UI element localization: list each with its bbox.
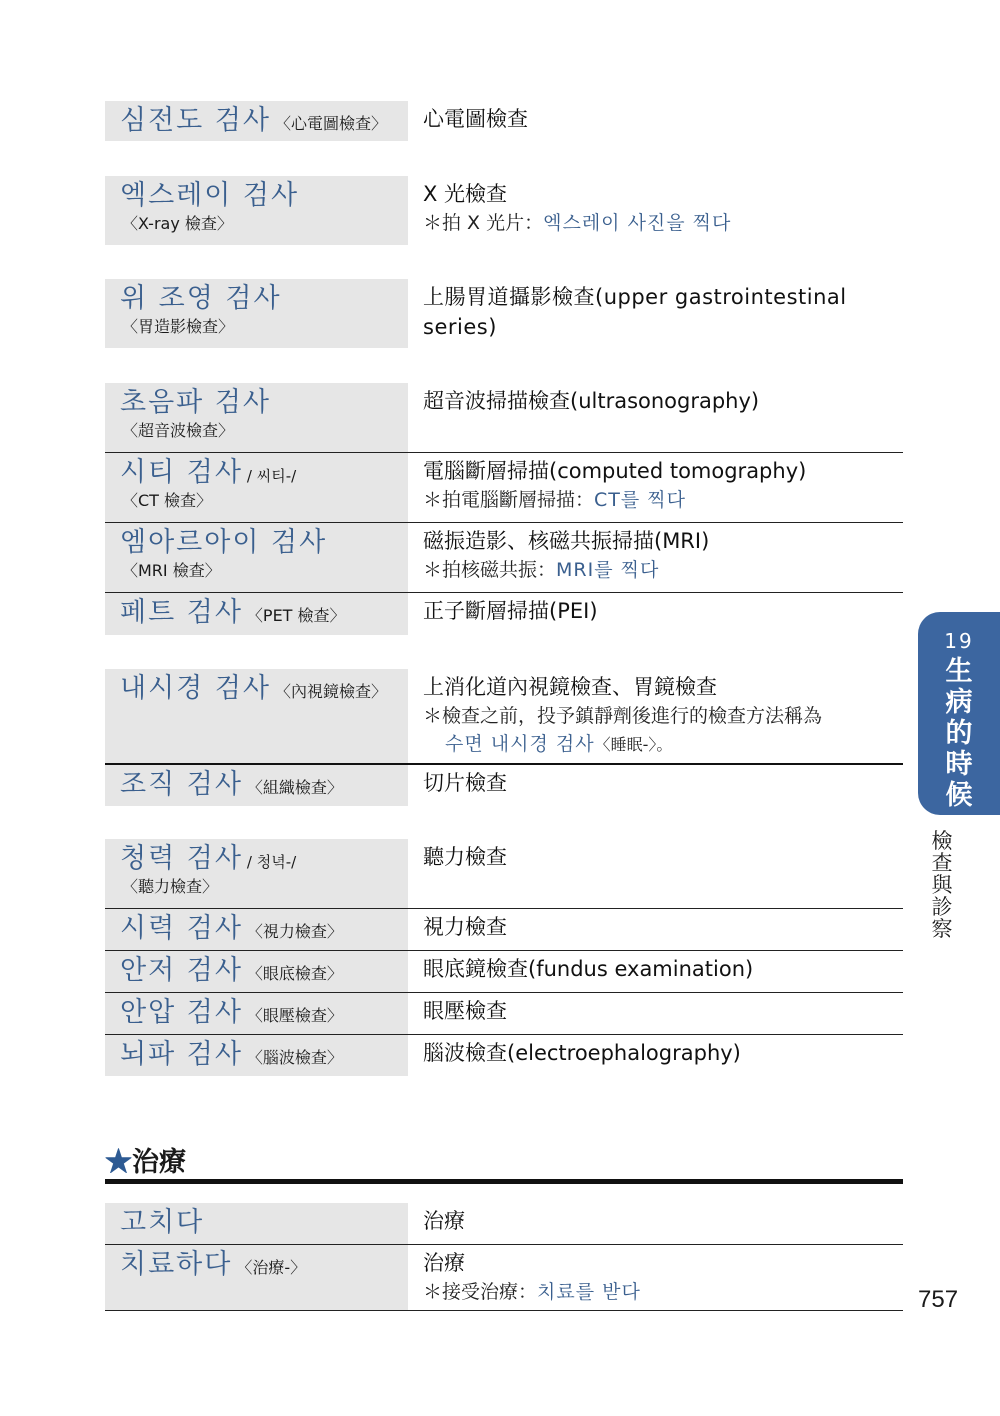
usage-note: ＊接受治療：치료를 받다 [423, 1278, 903, 1306]
note-korean: CT를 찍다 [594, 489, 686, 511]
korean-term: 엠아르아이 검사 [120, 527, 327, 558]
korean-term: 안압 검사 [120, 997, 243, 1028]
korean-term: 조직 검사 [120, 769, 243, 800]
hanja-gloss: 〈腦波檢查〉 [247, 1048, 343, 1067]
definition-cell: 視力檢查 [408, 909, 903, 950]
definition: 眼底鏡檢查(fundus examination) [423, 954, 903, 984]
definition-cell: 上消化道內視鏡檢查、胃鏡檢查 ＊檢查之前，投予鎮靜劑後進行的檢查方法稱為 수면 … [408, 669, 903, 763]
definition: 治療 [423, 1248, 903, 1278]
note-korean: 수면 내시경 검사 [445, 733, 595, 755]
hanja-gloss: 〈超音波檢查〉 [120, 420, 408, 442]
korean-term: 시력 검사 [120, 913, 243, 944]
chapter-title: 生病的時候 [944, 656, 974, 811]
usage-note-continued: 수면 내시경 검사〈睡眠-〉。 [423, 730, 903, 759]
definition-cell: X 光檢查 ＊拍 X 光片：엑스레이 사진을 찍다 [408, 176, 903, 245]
note-prefix: ＊拍核磁共振： [423, 559, 556, 581]
entry-group-imaging: 초음파 검사 〈超音波檢查〉 超音波掃描檢查(ultrasonography) … [105, 383, 903, 635]
korean-term: 엑스레이 검사 [120, 180, 299, 211]
definition-cell: 上腸胃道攝影檢查(upper gastrointestinal series) [408, 279, 903, 348]
definition: 正子斷層掃描(PEI) [423, 596, 903, 626]
term-cell: 치료하다〈治療-〉 [105, 1245, 408, 1310]
usage-note: ＊檢查之前，投予鎮靜劑後進行的檢查方法稱為 [423, 702, 903, 730]
korean-term: 심전도 검사 [120, 105, 271, 136]
entry-row: 치료하다〈治療-〉 治療 ＊接受治療：치료를 받다 [105, 1244, 903, 1311]
usage-note: ＊拍核磁共振：MRI를 찍다 [423, 556, 903, 584]
definition: 磁振造影、核磁共振掃描(MRI) [423, 526, 903, 556]
korean-term: 초음파 검사 [120, 387, 271, 418]
term-cell: 내시경 검사〈內視鏡檢查〉 [105, 669, 408, 763]
entry-row: 조직 검사〈組織檢查〉 切片檢查 [105, 763, 903, 806]
entry-group-treatment: 고치다 治療 치료하다〈治療-〉 治療 ＊接受治療：치료를 받다 [105, 1203, 903, 1311]
entry-row: 엑스레이 검사 〈X-ray 檢查〉 X 光檢查 ＊拍 X 光片：엑스레이 사진… [105, 176, 903, 245]
note-korean: MRI를 찍다 [556, 559, 659, 581]
entry-row: 위 조영 검사 〈胃造影檢查〉 上腸胃道攝影檢查(upper gastroint… [105, 279, 903, 348]
definition-cell: 聽力檢查 [408, 839, 903, 908]
section-heading-text: 治療 [132, 1147, 186, 1178]
definition: 上消化道內視鏡檢查、胃鏡檢查 [423, 672, 903, 702]
term-cell: 엑스레이 검사 〈X-ray 檢查〉 [105, 176, 408, 245]
korean-term: 시티 검사 [120, 457, 243, 488]
entry-group-upper-gi: 위 조영 검사 〈胃造影檢查〉 上腸胃道攝影檢查(upper gastroint… [105, 279, 903, 348]
term-cell: 고치다 [105, 1203, 408, 1244]
korean-term: 안저 검사 [120, 955, 243, 986]
term-cell: 뇌파 검사〈腦波檢查〉 [105, 1035, 408, 1076]
korean-term: 뇌파 검사 [120, 1039, 243, 1070]
entry-group-ecg: 심전도 검사〈心電圖檢查〉 心電圖檢查 [105, 101, 903, 141]
note-prefix: ＊接受治療： [423, 1281, 537, 1303]
entry-row: 안저 검사〈眼底檢查〉 眼底鏡檢查(fundus examination) [105, 950, 903, 992]
note-prefix: ＊拍電腦斷層掃描： [423, 489, 594, 511]
definition: 腦波檢查(electroephalography) [423, 1038, 903, 1068]
definition: 治療 [423, 1206, 903, 1236]
korean-term: 위 조영 검사 [120, 283, 282, 314]
term-cell: 시티 검사/ 씨티-/ 〈CT 檢查〉 [105, 453, 408, 522]
term-cell: 엠아르아이 검사 〈MRI 檢查〉 [105, 523, 408, 592]
hanja-gloss: 〈MRI 檢查〉 [120, 560, 408, 582]
definition-cell: 磁振造影、核磁共振掃描(MRI) ＊拍核磁共振：MRI를 찍다 [408, 523, 903, 592]
korean-term: 페트 검사 [120, 597, 243, 628]
note-korean: 치료를 받다 [537, 1281, 641, 1303]
hanja-gloss: 〈聽力檢查〉 [120, 876, 408, 898]
hanja-gloss: 〈視力檢查〉 [247, 922, 343, 941]
entry-group-xray: 엑스레이 검사 〈X-ray 檢查〉 X 光檢查 ＊拍 X 光片：엑스레이 사진… [105, 176, 903, 245]
definition-cell: 治療 [408, 1203, 903, 1244]
hanja-gloss: 〈眼底檢查〉 [247, 964, 343, 983]
definition-cell: 治療 ＊接受治療：치료를 받다 [408, 1245, 903, 1310]
entry-row: 심전도 검사〈心電圖檢查〉 心電圖檢查 [105, 101, 903, 141]
entry-row: 내시경 검사〈內視鏡檢查〉 上消化道內視鏡檢查、胃鏡檢查 ＊檢查之前，投予鎮靜劑… [105, 669, 903, 763]
term-cell: 시력 검사〈視力檢查〉 [105, 909, 408, 950]
note-suffix: 〈睡眠-〉。 [595, 735, 673, 754]
term-cell: 안저 검사〈眼底檢查〉 [105, 951, 408, 992]
hanja-gloss: 〈胃造影檢查〉 [120, 316, 408, 338]
usage-note: ＊拍電腦斷層掃描：CT를 찍다 [423, 486, 903, 514]
term-cell: 조직 검사〈組織檢查〉 [105, 765, 408, 806]
term-cell: 청력 검사/ 청녁-/ 〈聽力檢查〉 [105, 839, 408, 908]
hanja-gloss: 〈眼壓檢查〉 [247, 1006, 343, 1025]
definition: 切片檢查 [423, 768, 903, 798]
definition: 電腦斷層掃描(computed tomography) [423, 456, 903, 486]
definition: 上腸胃道攝影檢查(upper gastrointestinal series) [423, 282, 903, 342]
chapter-number: 19 [918, 630, 1000, 652]
star-icon: ★ [105, 1147, 132, 1178]
definition-cell: 眼底鏡檢查(fundus examination) [408, 951, 903, 992]
chapter-tab: 19 生病的時候 [918, 612, 1000, 815]
definition-cell: 腦波檢查(electroephalography) [408, 1035, 903, 1076]
definition-cell: 電腦斷層掃描(computed tomography) ＊拍電腦斷層掃描：CT를… [408, 453, 903, 522]
term-cell: 초음파 검사 〈超音波檢查〉 [105, 383, 408, 452]
term-cell: 안압 검사〈眼壓檢查〉 [105, 993, 408, 1034]
hanja-gloss: 〈X-ray 檢查〉 [120, 213, 408, 235]
entry-group-sensory: 청력 검사/ 청녁-/ 〈聽力檢查〉 聽力檢查 시력 검사〈視力檢查〉 視力檢查… [105, 839, 903, 1076]
definition: 視力檢查 [423, 912, 903, 942]
hanja-gloss: 〈治療-〉 [236, 1258, 306, 1277]
hanja-gloss: 〈心電圖檢查〉 [275, 114, 387, 133]
entry-row: 청력 검사/ 청녁-/ 〈聽力檢查〉 聽力檢查 [105, 839, 903, 908]
korean-term: 치료하다 [120, 1249, 232, 1280]
section-divider [105, 1179, 903, 1184]
entry-row: 안압 검사〈眼壓檢查〉 眼壓檢查 [105, 992, 903, 1034]
definition-cell: 超音波掃描檢查(ultrasonography) [408, 383, 903, 452]
hanja-gloss: 〈CT 檢查〉 [120, 490, 408, 512]
entry-row: 시티 검사/ 씨티-/ 〈CT 檢查〉 電腦斷層掃描(computed tomo… [105, 452, 903, 522]
entry-row: 시력 검사〈視力檢查〉 視力檢查 [105, 908, 903, 950]
definition-cell: 心電圖檢查 [408, 101, 903, 141]
note-korean: 엑스레이 사진을 찍다 [543, 212, 731, 234]
entry-group-endoscopy: 내시경 검사〈內視鏡檢查〉 上消化道內視鏡檢查、胃鏡檢查 ＊檢查之前，投予鎮靜劑… [105, 669, 903, 806]
korean-term: 청력 검사 [120, 843, 243, 874]
hanja-gloss: 〈組織檢查〉 [247, 778, 343, 797]
section-heading-treatment: ★治療 [105, 1140, 186, 1179]
term-cell: 페트 검사〈PET 檢查〉 [105, 593, 408, 635]
definition: 超音波掃描檢查(ultrasonography) [423, 386, 903, 416]
hanja-gloss: 〈PET 檢查〉 [247, 606, 346, 625]
entry-row: 엠아르아이 검사 〈MRI 檢查〉 磁振造影、核磁共振掃描(MRI) ＊拍核磁共… [105, 522, 903, 592]
definition: 聽力檢查 [423, 842, 903, 872]
pronunciation: / 씨티-/ [247, 467, 296, 485]
definition: X 光檢查 [423, 179, 903, 209]
definition-cell: 切片檢查 [408, 765, 903, 806]
entry-row: 뇌파 검사〈腦波檢查〉 腦波檢查(electroephalography) [105, 1034, 903, 1076]
korean-term: 내시경 검사 [120, 673, 271, 704]
usage-note: ＊拍 X 光片：엑스레이 사진을 찍다 [423, 209, 903, 237]
definition-cell: 正子斷層掃描(PEI) [408, 593, 903, 635]
note-prefix: ＊拍 X 光片： [423, 212, 543, 234]
section-label: 檢查與診察 [929, 830, 955, 940]
definition-cell: 眼壓檢查 [408, 993, 903, 1034]
entry-row: 초음파 검사 〈超音波檢查〉 超音波掃描檢查(ultrasonography) [105, 383, 903, 452]
entry-row: 고치다 治療 [105, 1203, 903, 1244]
definition: 眼壓檢查 [423, 996, 903, 1026]
page-number: 757 [918, 1286, 958, 1314]
entry-row: 페트 검사〈PET 檢查〉 正子斷層掃描(PEI) [105, 592, 903, 635]
term-cell: 위 조영 검사 〈胃造影檢查〉 [105, 279, 408, 348]
definition: 心電圖檢查 [423, 104, 903, 134]
hanja-gloss: 〈內視鏡檢查〉 [275, 682, 387, 701]
term-cell: 심전도 검사〈心電圖檢查〉 [105, 101, 408, 141]
pronunciation: / 청녁-/ [247, 853, 296, 871]
korean-term: 고치다 [120, 1207, 204, 1238]
